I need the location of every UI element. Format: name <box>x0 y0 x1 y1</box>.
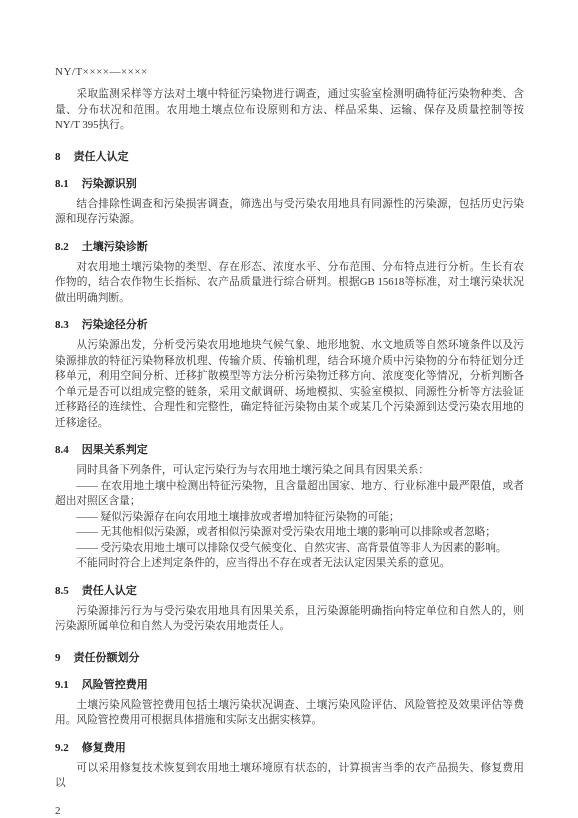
chapter-8-heading: 8责任人认定 <box>55 148 524 164</box>
section-8-1-body: 结合排除性调查和污染损害调查，筛选出与受污染农用地具有同源性的污染源，包括历史污… <box>55 197 524 228</box>
chapter-9-heading: 9责任份额划分 <box>55 649 524 665</box>
section-8-4-title: 因果关系判定 <box>82 444 148 456</box>
section-9-2-title: 修复费用 <box>82 742 126 754</box>
section-8-5-number: 8.5 <box>55 585 69 597</box>
section-9-1-title: 风险管控费用 <box>82 679 148 691</box>
chapter-9-number: 9 <box>55 652 61 664</box>
section-8-3-heading: 8.3污染途径分析 <box>55 316 524 332</box>
section-8-4-heading: 8.4因果关系判定 <box>55 441 524 457</box>
section-9-1-heading: 9.1风险管控费用 <box>55 676 524 692</box>
section-8-5-body: 污染源排污行为与受污染农用地具有因果关系，且污染源能明确指向特定单位和自然人的，… <box>55 604 524 635</box>
section-8-1-number: 8.1 <box>55 178 69 190</box>
section-8-5-heading: 8.5责任人认定 <box>55 582 524 598</box>
chapter-9-title: 责任份额划分 <box>74 652 140 664</box>
section-9-2-number: 9.2 <box>55 742 69 754</box>
cause-condition-item-1: —— 在农用地土壤中检测出特征污染物，且含量超出国家、地方、行业标准中最严限值，… <box>55 479 524 510</box>
section-8-2-title: 土壤污染诊断 <box>82 241 148 253</box>
section-8-3-body: 从污染源出发，分析受污染农用地地块气候气象、地形地貌、水文地质等自然环境条件以及… <box>55 338 524 431</box>
document-page: NY/T××××—×××× 采取监测采样等方法对土壤中特征污染物进行调查，通过实… <box>0 0 578 818</box>
cause-condition-item-2: —— 疑似污染源存在向农用地土壤排放或者增加特征污染物的可能； <box>55 510 524 526</box>
section-8-2-heading: 8.2土壤污染诊断 <box>55 238 524 254</box>
section-8-2-body: 对农用地土壤污染物的类型、存在形态、浓度水平、分布范围、分布特点进行分析。生长有… <box>55 260 524 307</box>
section-8-3-title: 污染途径分析 <box>82 319 148 331</box>
section-8-4-conclusion: 不能同时符合上述判定条件的，应当得出不存在或者无法认定因果关系的意见。 <box>55 556 524 572</box>
section-8-2-number: 8.2 <box>55 241 69 253</box>
section-8-4-intro: 同时具备下列条件，可认定污染行为与农用地土壤污染之间具有因果关系： <box>55 463 524 479</box>
page-number: 2 <box>55 805 524 817</box>
section-8-4-number: 8.4 <box>55 444 69 456</box>
standard-number-header: NY/T××××—×××× <box>55 66 524 78</box>
intro-paragraph: 采取监测采样等方法对土壤中特征污染物进行调查，通过实验室检测明确特征污染物种类、… <box>55 87 524 134</box>
chapter-8-number: 8 <box>55 151 61 163</box>
section-8-1-heading: 8.1污染源识别 <box>55 175 524 191</box>
section-9-2-heading: 9.2修复费用 <box>55 739 524 755</box>
section-8-5-title: 责任人认定 <box>82 585 137 597</box>
section-9-2-body: 可以采用修复技术恢复到农用地土壤环境原有状态的，计算损害当季的农产品损失、修复费… <box>55 761 524 792</box>
cause-condition-item-3: —— 无其他相似污染源，或者相似污染源对受污染农用地土壤的影响可以排除或者忽略； <box>55 525 524 541</box>
chapter-8-title: 责任人认定 <box>74 151 129 163</box>
section-8-3-number: 8.3 <box>55 319 69 331</box>
section-9-1-body: 土壤污染风险管控费用包括土壤污染状况调查、土壤污染风险评估、风险管控及效果评估等… <box>55 698 524 729</box>
section-9-1-number: 9.1 <box>55 679 69 691</box>
cause-condition-item-4: —— 受污染农用地土壤可以排除仅受气候变化、自然灾害、高背景值等非人为因素的影响… <box>55 541 524 557</box>
section-8-1-title: 污染源识别 <box>82 178 137 190</box>
